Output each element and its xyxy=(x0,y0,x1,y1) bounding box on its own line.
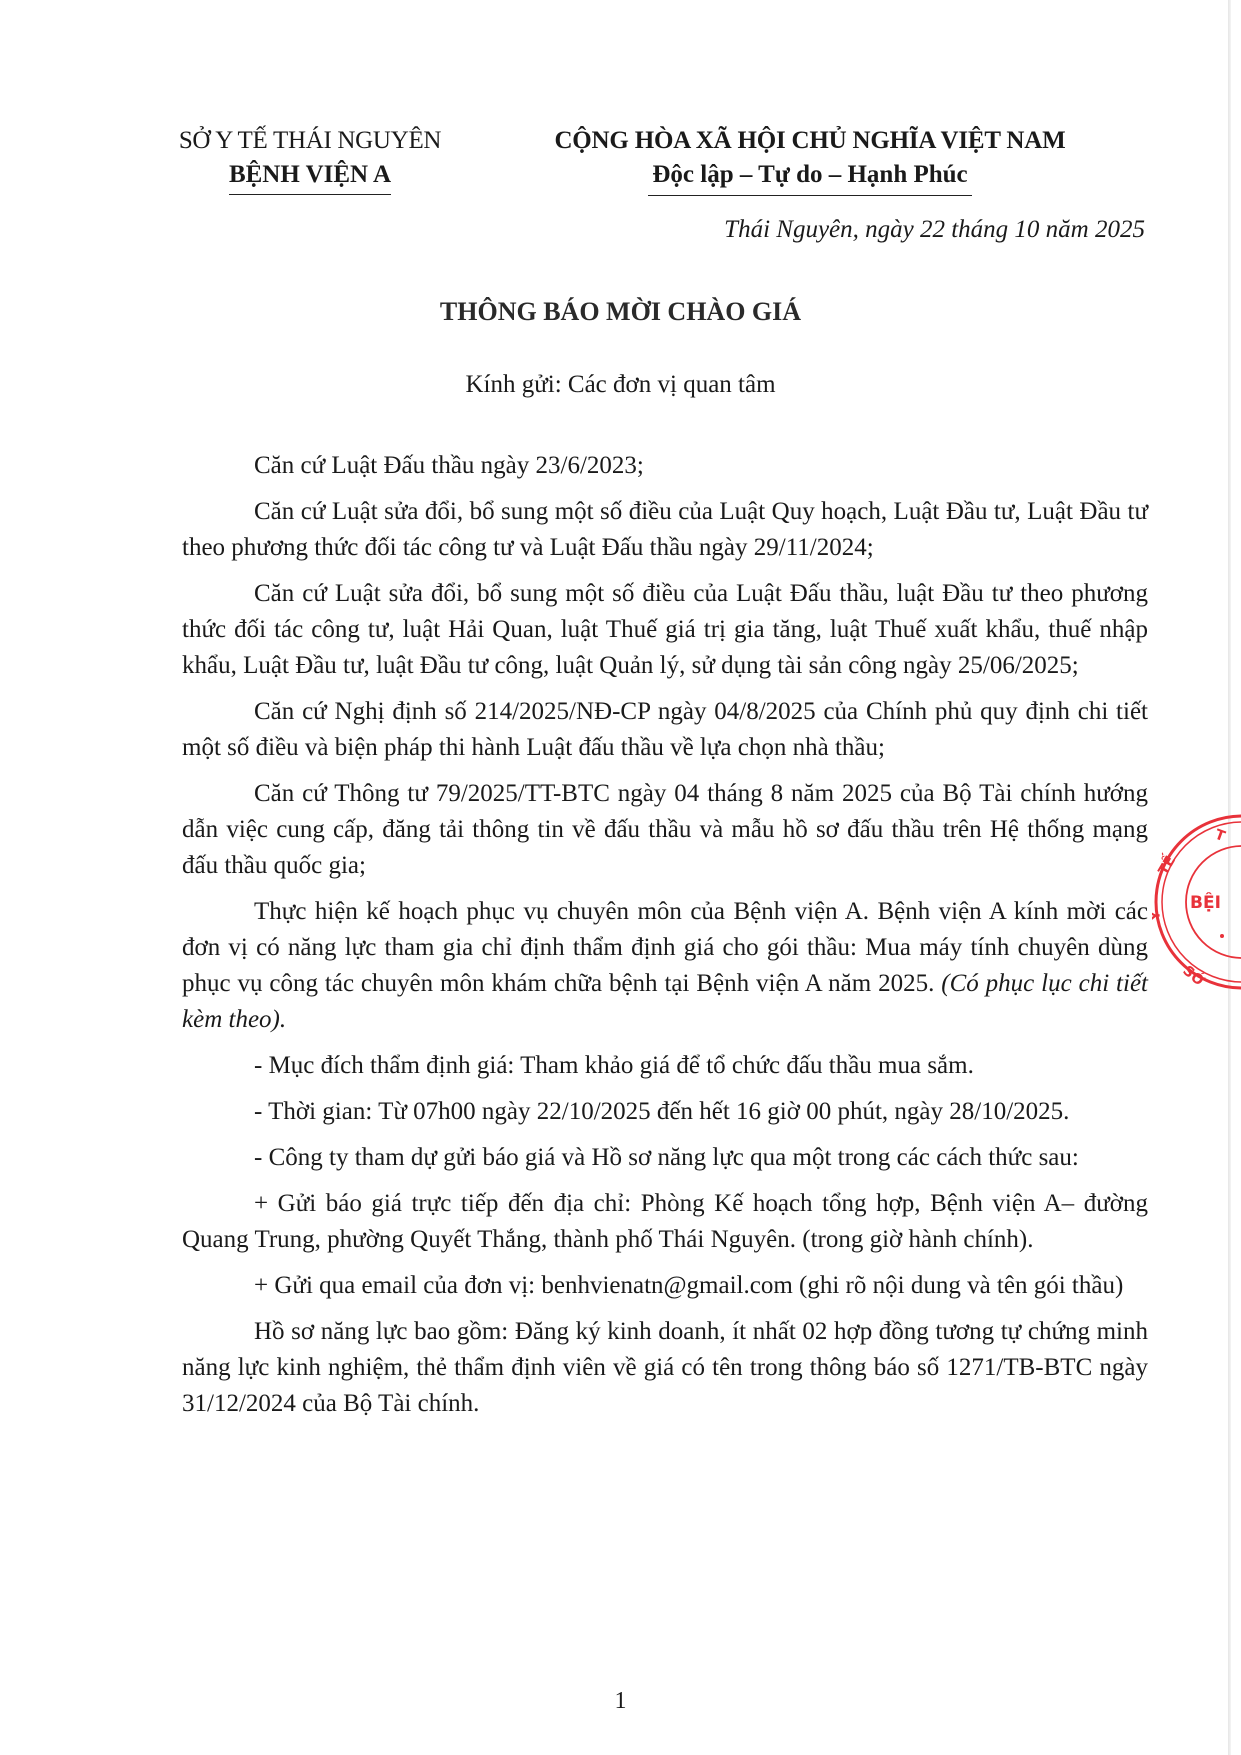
official-seal-icon: T TẾ Y SỞ BỆI xyxy=(1152,812,1241,992)
agency-name: BỆNH VIỆN A xyxy=(229,158,391,192)
paragraph: - Thời gian: Từ 07h00 ngày 22/10/2025 đế… xyxy=(182,1094,1148,1130)
paragraph: Căn cứ Nghị định số 214/2025/NĐ-CP ngày … xyxy=(182,694,1148,766)
page-number: 1 xyxy=(0,1688,1241,1715)
parent-agency: SỞ Y TẾ THÁI NGUYÊN xyxy=(150,124,470,158)
paragraph: + Gửi qua email của đơn vị: benhvienatn@… xyxy=(182,1268,1148,1304)
paragraph: Căn cứ Luật sửa đổi, bổ sung một số điều… xyxy=(182,494,1148,566)
national-motto: Độc lập – Tự do – Hạnh Phúc xyxy=(652,158,967,192)
paragraph: Thực hiện kế hoạch phục vụ chuyên môn củ… xyxy=(182,894,1148,1038)
document-title: THÔNG BÁO MỜI CHÀO GIÁ xyxy=(0,297,1241,327)
email-label: + Gửi qua email của đơn vị: xyxy=(254,1272,541,1299)
paragraph: - Công ty tham dự gửi báo giá và Hồ sơ n… xyxy=(182,1140,1148,1176)
greeting: Kính gửi: Các đơn vị quan tâm xyxy=(0,371,1241,399)
paragraph: Căn cứ Luật sửa đổi, bổ sung một số điều… xyxy=(182,576,1148,684)
paragraph: - Mục đích thẩm định giá: Tham khảo giá … xyxy=(182,1048,1148,1084)
paragraph: Hồ sơ năng lực bao gồm: Đăng ký kinh doa… xyxy=(182,1314,1148,1422)
paragraph: Căn cứ Luật Đấu thầu ngày 23/6/2023; xyxy=(182,448,1148,484)
paragraph: Căn cứ Thông tư 79/2025/TT-BTC ngày 04 t… xyxy=(182,776,1148,884)
issuing-agency-block: SỞ Y TẾ THÁI NGUYÊN BỆNH VIỆN A xyxy=(150,124,470,192)
svg-text:TẾ: TẾ xyxy=(1153,852,1179,878)
date-line: Thái Nguyên, ngày 22 tháng 10 năm 2025 xyxy=(560,216,1145,244)
document-body: Căn cứ Luật Đấu thầu ngày 23/6/2023; Căn… xyxy=(182,448,1148,1432)
svg-text:BỆI: BỆI xyxy=(1190,891,1221,913)
national-header-block: CỘNG HÒA XÃ HỘI CHỦ NGHĨA VIỆT NAM Độc l… xyxy=(520,124,1100,192)
svg-text:T: T xyxy=(1213,827,1228,845)
email-note: (ghi rõ nội dung và tên gói thầu) xyxy=(793,1272,1124,1299)
nation-name: CỘNG HÒA XÃ HỘI CHỦ NGHĨA VIỆT NAM xyxy=(520,124,1100,158)
email-address: benhvienatn@gmail.com xyxy=(541,1272,792,1299)
svg-text:Y: Y xyxy=(1152,910,1164,922)
paragraph: + Gửi báo giá trực tiếp đến địa chỉ: Phò… xyxy=(182,1186,1148,1258)
